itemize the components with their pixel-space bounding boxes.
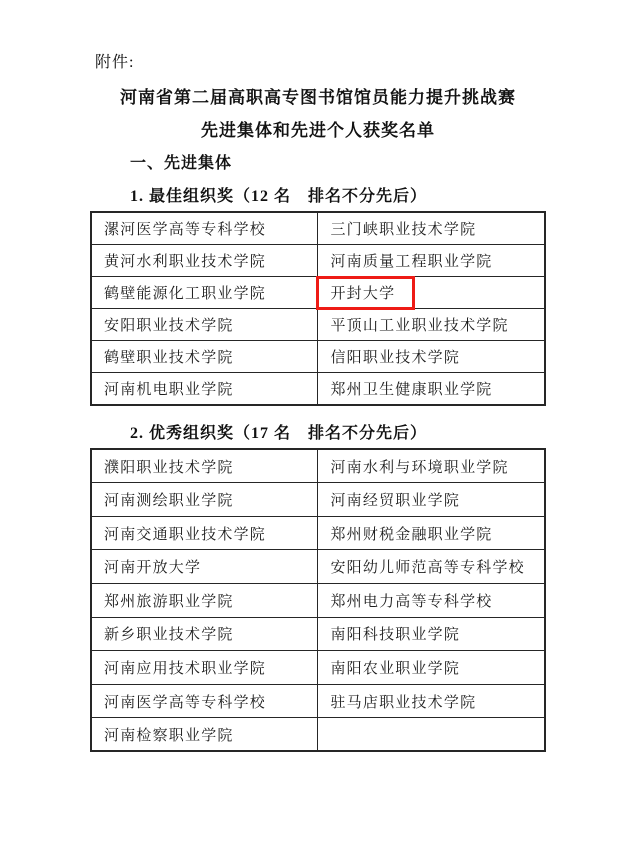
school-cell: 安阳幼儿师范高等专科学校: [318, 550, 545, 584]
school-cell: 河南检察职业学院: [91, 718, 318, 752]
best-organization-award-heading: 1. 最佳组织奖（12 名 排名不分先后）: [130, 186, 546, 208]
school-cell: 河南应用技术职业学院: [91, 651, 318, 685]
school-cell: 河南开放大学: [91, 550, 318, 584]
table-row: 河南检察职业学院: [91, 718, 545, 752]
school-cell: 河南质量工程职业学院: [318, 244, 545, 276]
best-organization-award-table: 漯河医学高等专科学校三门峡职业技术学院黄河水利职业技术学院河南质量工程职业学院鹤…: [90, 211, 546, 406]
school-cell: 郑州电力高等专科学校: [318, 584, 545, 618]
school-cell: 南阳农业职业学院: [318, 651, 545, 685]
school-cell: 黄河水利职业技术学院: [91, 244, 318, 276]
document-title-line1: 河南省第二届高职高专图书馆馆员能力提升挑战赛: [90, 86, 546, 110]
school-cell: 新乡职业技术学院: [91, 617, 318, 651]
table-row: 濮阳职业技术学院河南水利与环境职业学院: [91, 449, 545, 483]
school-cell: 河南水利与环境职业学院: [318, 449, 545, 483]
table-row: 河南交通职业技术学院郑州财税金融职业学院: [91, 516, 545, 550]
document-page: 附件: 河南省第二届高职高专图书馆馆员能力提升挑战赛 先进集体和先进个人获奖名单…: [0, 0, 635, 864]
table-row: 新乡职业技术学院南阳科技职业学院: [91, 617, 545, 651]
attachment-label: 附件:: [95, 52, 546, 74]
school-cell: 郑州旅游职业学院: [91, 584, 318, 618]
table-row: 鹤壁职业技术学院信阳职业技术学院: [91, 341, 545, 373]
school-cell: 河南交通职业技术学院: [91, 516, 318, 550]
school-cell: 鹤壁职业技术学院: [91, 341, 318, 373]
table-row: 安阳职业技术学院平顶山工业职业技术学院: [91, 309, 545, 341]
table-row: 河南医学高等专科学校驻马店职业技术学院: [91, 684, 545, 718]
table-row: 河南测绘职业学院河南经贸职业学院: [91, 483, 545, 517]
school-cell: 河南经贸职业学院: [318, 483, 545, 517]
school-cell: 鹤壁能源化工职业学院: [91, 276, 318, 308]
table-row: 郑州旅游职业学院郑州电力高等专科学校: [91, 584, 545, 618]
section-heading-advanced-collectives: 一、先进集体: [130, 153, 546, 175]
school-cell: 河南医学高等专科学校: [91, 684, 318, 718]
school-cell: 漯河医学高等专科学校: [91, 212, 318, 244]
table-row: 河南应用技术职业学院南阳农业职业学院: [91, 651, 545, 685]
school-cell: 驻马店职业技术学院: [318, 684, 545, 718]
school-cell: 开封大学: [318, 276, 545, 308]
school-cell: 安阳职业技术学院: [91, 309, 318, 341]
school-cell: 郑州卫生健康职业学院: [318, 373, 545, 405]
document-title-line2: 先进集体和先进个人获奖名单: [90, 119, 546, 143]
school-cell: 郑州财税金融职业学院: [318, 516, 545, 550]
table-row: 漯河医学高等专科学校三门峡职业技术学院: [91, 212, 545, 244]
highlight-box: [316, 276, 415, 310]
school-cell: 三门峡职业技术学院: [318, 212, 545, 244]
school-cell: 河南机电职业学院: [91, 373, 318, 405]
school-cell: 信阳职业技术学院: [318, 341, 545, 373]
table-row: 河南开放大学安阳幼儿师范高等专科学校: [91, 550, 545, 584]
school-cell: 平顶山工业职业技术学院: [318, 309, 545, 341]
school-cell: [318, 718, 545, 752]
school-cell: 河南测绘职业学院: [91, 483, 318, 517]
school-cell: 濮阳职业技术学院: [91, 449, 318, 483]
excellent-organization-award-heading: 2. 优秀组织奖（17 名 排名不分先后）: [130, 423, 546, 445]
excellent-organization-award-table: 濮阳职业技术学院河南水利与环境职业学院河南测绘职业学院河南经贸职业学院河南交通职…: [90, 448, 546, 752]
school-cell: 南阳科技职业学院: [318, 617, 545, 651]
table-row: 黄河水利职业技术学院河南质量工程职业学院: [91, 244, 545, 276]
table-row: 鹤壁能源化工职业学院开封大学: [91, 276, 545, 308]
table-row: 河南机电职业学院郑州卫生健康职业学院: [91, 373, 545, 405]
